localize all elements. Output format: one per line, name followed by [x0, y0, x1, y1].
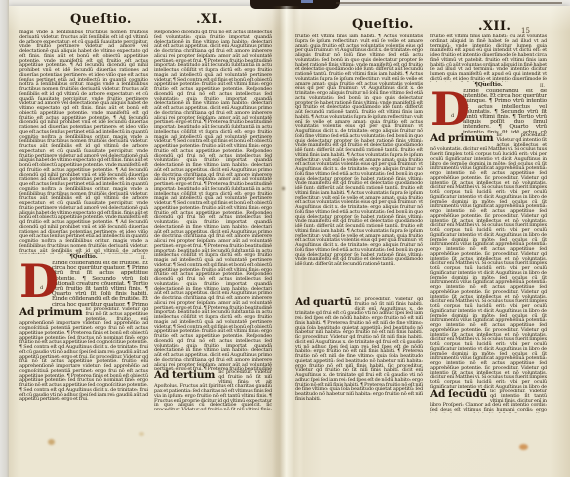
section-heading-ad-tertium: Ad tertium — [154, 370, 215, 380]
foxing-stain — [282, 187, 285, 190]
section-heading-ad-primum: Ad primum — [430, 133, 493, 143]
questio-marginal-numeral: II. — [141, 255, 146, 262]
running-number-left: .XI. — [196, 12, 223, 27]
section-heading-ad-quartum: Ad quartū — [295, 297, 352, 307]
body-text: ſic proceditur. Videtur qd intentio ſit … — [430, 133, 547, 389]
book-photograph: Queſtio. .XI. Queſtio. .XII. 15 magis vn… — [0, 0, 570, 477]
lombard-initial-d: Dd — [19, 262, 49, 302]
body-text: ſic proceditur. Videtur qd frui nō ſit a… — [19, 307, 148, 402]
running-title-right: Queſtio. — [352, 17, 414, 32]
article-block: Ad ſecūdū ſic proceditur. Videtur qd int… — [430, 389, 547, 413]
questio-subheading: ¶Queſtio. II. — [430, 82, 547, 89]
initial-guide-letter: d — [451, 114, 454, 119]
foxing-stain — [48, 439, 55, 445]
questio-subheading-label: ¶Queſtio. — [69, 254, 97, 260]
left-page-column-1: magis vnde a ſenſibilibus fructibus nome… — [19, 30, 148, 413]
right-page-top-shadow — [336, 2, 562, 4]
running-title-left: Queſtio. — [70, 12, 132, 27]
running-number-right: .XII. — [478, 19, 511, 34]
body-text: Reſpondeo dicendū qd frui nō eſt actus i… — [154, 30, 272, 370]
article-block: Ad primum ſic proceditur. Videtur qd int… — [430, 133, 547, 389]
article-block: Ad tertium ſic proceditur. Videtur qd fr… — [154, 370, 272, 410]
questio-subheading: ¶Queſtio. II. — [19, 254, 148, 261]
page-stack-edge — [0, 0, 9, 477]
article-block: Ad primum ſic proceditur. Videtur qd fru… — [19, 307, 148, 413]
body-text: fruitio eſt vltimi finis iam habiti: cū … — [430, 34, 547, 82]
foxing-stain — [519, 444, 528, 450]
questio-subheading-label: ¶Queſtio. — [474, 82, 502, 88]
foxing-stain — [139, 432, 144, 436]
body-text: fruitio eſt vltimi finis iam habiti. ¶ A… — [295, 34, 423, 297]
questio-marginal-numeral: II. — [540, 83, 545, 90]
binding-bookmark-sliver — [301, 0, 313, 3]
article-block: Ad quartū ſic proceditur. Videtur qd fru… — [295, 297, 423, 409]
section-heading-ad-primum: Ad primum — [19, 307, 82, 317]
right-page-column-1: fruitio eſt vltimi finis iam habiti. ¶ A… — [295, 34, 423, 409]
chapter-opening: Dd Einde cōſiderandū eſt de intentiōe. E… — [430, 89, 547, 133]
left-page-column-2: Reſpondeo dicendū qd frui nō eſt actus i… — [154, 30, 272, 410]
initial-guide-letter: d — [40, 286, 43, 291]
lombard-initial-d: Dd — [430, 90, 460, 130]
body-text: magis vnde a ſenſibilibus fructibus nome… — [19, 30, 148, 254]
body-text: ſic proceditur. Videtur qd fruitio nō ſi… — [295, 297, 423, 402]
chapter-opening: Dd Einde cōſiderandū eſt de fruitiōe. Et… — [19, 261, 148, 307]
right-page-column-2: fruitio eſt vltimi finis iam habiti: cū … — [430, 34, 547, 413]
section-heading-ad-secundum: Ad ſecūdū — [430, 389, 487, 399]
